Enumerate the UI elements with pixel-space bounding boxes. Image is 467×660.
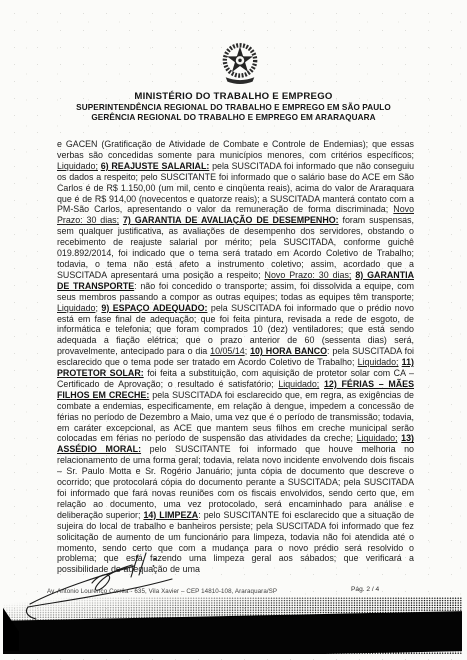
body-segment: Liquidado; [278,379,319,389]
ministry-title: MINISTÉRIO DO TRABALHO E EMPREGO [0,91,467,102]
scanned-document-page: MINISTÉRIO DO TRABALHO E EMPREGO SUPERIN… [0,0,467,660]
body-segment: Liquidado; [357,433,398,443]
brazil-coat-of-arms-icon [214,37,266,89]
footer-address: Av. Antonio Lourenço Corrêa - 635, Vila … [47,588,277,595]
page-number: Pág. 2 / 4 [351,586,379,593]
body-segment: 10/05/14 [210,346,245,356]
body-segment: Novo Prazo: 30 dias; [265,270,352,280]
superintendence-subtitle: SUPERINTENDÊNCIA REGIONAL DO TRABALHO E … [0,103,467,112]
body-segment: 9) ESPAÇO ADEQUADO: [101,303,207,313]
body-segment: Liquidado; [57,303,98,313]
regional-office-subtitle: GERÊNCIA REGIONAL DO TRABALHO E EMPREGO … [0,113,467,122]
body-segment: 6) REAJUSTE SALARIAL: [101,161,210,171]
body-segment: 10) HORA BANCO [250,346,327,356]
scan-artifact-band [3,597,462,654]
body-segment: 7) GARANTIA DE AVALIAÇÃO DE DESEMPENHO: [123,215,339,225]
body-segment: Liquidado; [57,161,98,171]
body-segment: Liquidado; [358,357,399,367]
body-segment: e GACEN (Gratificação de Atividade de Co… [57,139,414,160]
body-segment: pelo SUSCITANTE foi informado que houve … [57,444,414,519]
letterhead: MINISTÉRIO DO TRABALHO E EMPREGO SUPERIN… [0,91,467,122]
body-segment: 14) LIMPEZA [143,510,198,520]
document-body: e GACEN (Gratificação de Atividade de Co… [57,139,414,575]
